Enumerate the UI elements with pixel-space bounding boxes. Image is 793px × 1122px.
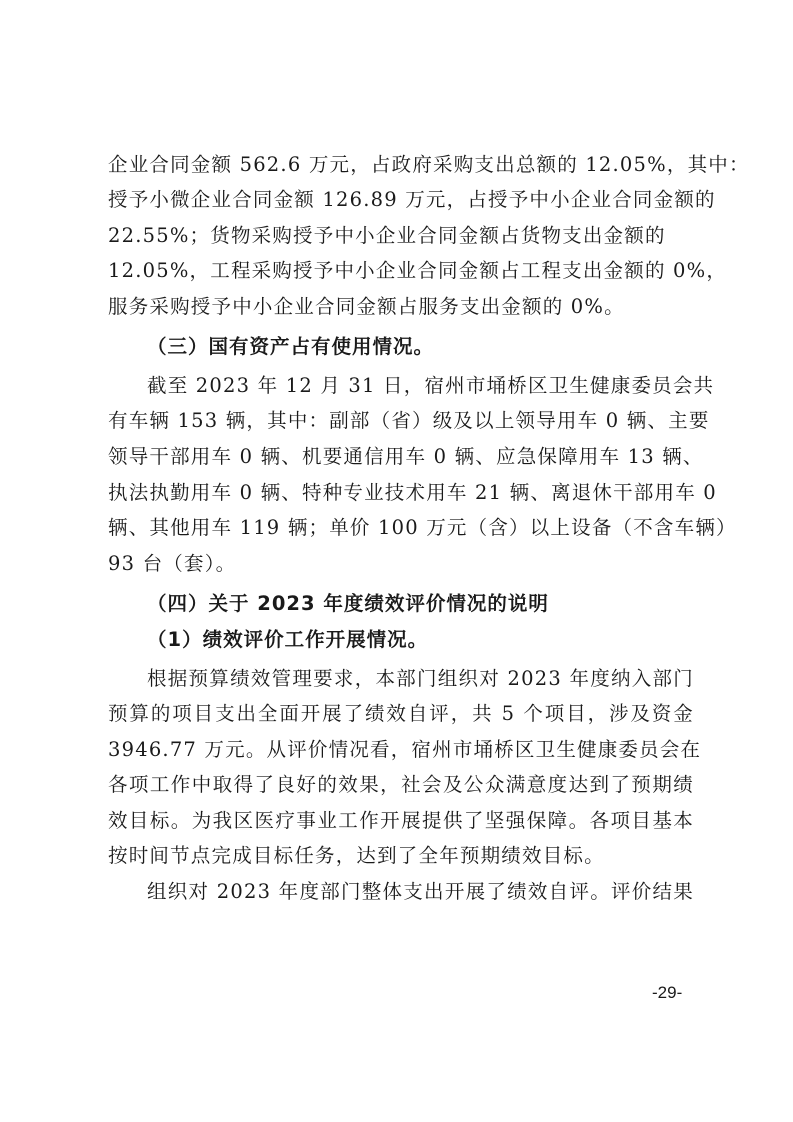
paragraph-line: 按时间节点完成目标任务，达到了全年预期绩效目标。 xyxy=(108,844,694,868)
paragraph-line: 各项工作中取得了良好的效果，社会及公众满意度达到了预期绩 xyxy=(108,773,694,797)
paragraph-line: 组织对 2023 年度部门整体支出开展了绩效自评。评价结果 xyxy=(147,880,694,904)
paragraph-line: 领导干部用车 0 辆、机要通信用车 0 辆、应急保障用车 13 辆、 xyxy=(108,445,694,469)
paragraph-line: 预算的项目支出全面开展了绩效自评，共 5 个项目，涉及资金 xyxy=(108,702,694,726)
paragraph-line: 3946.77 万元。从评价情况看，宿州市埇桥区卫生健康委员会在 xyxy=(108,738,694,762)
paragraph-line: 根据预算绩效管理要求，本部门组织对 2023 年度纳入部门 xyxy=(147,667,694,691)
section-heading: （1）绩效评价工作开展情况。 xyxy=(147,628,694,652)
section-heading: （三）国有资产占有使用情况。 xyxy=(147,335,694,359)
paragraph-line: 有车辆 153 辆，其中：副部（省）级及以上领导用车 0 辆、主要 xyxy=(108,409,694,433)
paragraph-line: 授予小微企业合同金额 126.89 万元，占授予中小企业合同金额的 xyxy=(108,188,694,212)
paragraph-line: 效目标。为我区医疗事业工作开展提供了坚强保障。各项目基本 xyxy=(108,809,694,833)
section-heading: （四）关于 2023 年度绩效评价情况的说明 xyxy=(147,592,694,616)
page-number: -29- xyxy=(652,983,682,1003)
paragraph-line: 企业合同金额 562.6 万元，占政府采购支出总额的 12.05%，其中： xyxy=(108,153,694,177)
paragraph-line: 服务采购授予中小企业合同金额占服务支出金额的 0%。 xyxy=(108,295,694,319)
paragraph-line: 22.55%；货物采购授予中小企业合同金额占货物支出金额的 xyxy=(108,224,694,248)
document-page: 企业合同金额 562.6 万元，占政府采购支出总额的 12.05%，其中：授予小… xyxy=(0,0,793,1122)
paragraph-line: 93 台（套）。 xyxy=(108,552,694,576)
paragraph-line: 辆、其他用车 119 辆；单价 100 万元（含）以上设备（不含车辆） xyxy=(108,516,694,540)
paragraph-line: 执法执勤用车 0 辆、特种专业技术用车 21 辆、离退休干部用车 0 xyxy=(108,481,694,505)
paragraph-line: 截至 2023 年 12 月 31 日，宿州市埇桥区卫生健康委员会共 xyxy=(147,374,694,398)
paragraph-line: 12.05%，工程采购授予中小企业合同金额占工程支出金额的 0%， xyxy=(108,259,694,283)
